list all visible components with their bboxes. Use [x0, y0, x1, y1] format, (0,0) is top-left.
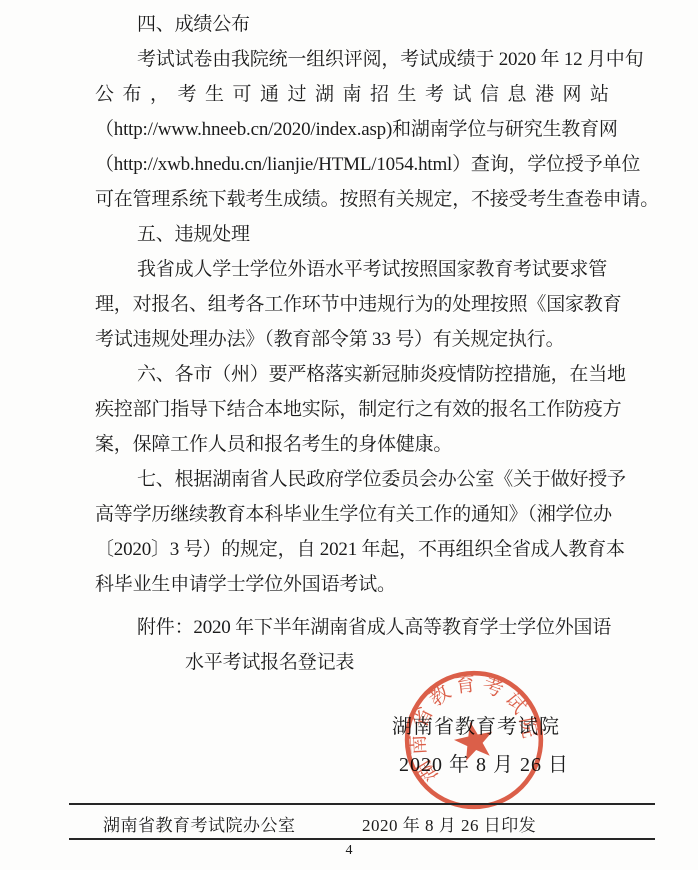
body-line: 我省成人学士学位外语水平考试按照国家教育考试要求管: [95, 252, 611, 287]
body-line: 案，保障工作人员和报名考生的身体健康。: [95, 427, 611, 462]
footer-divider-top: [69, 803, 655, 805]
body-line: 高等学历继续教育本科毕业生学位有关工作的通知》（湘学位办: [95, 497, 611, 532]
body-line: 疾控部门指导下结合本地实际，制定行之有效的报名工作防疫方: [95, 392, 611, 427]
heading-section-7: 七、根据湖南省人民政府学位委员会办公室《关于做好授予: [95, 462, 611, 497]
official-seal-stamp-icon: 湖南省教育考试院: [389, 655, 560, 826]
footer-divider-bottom: [69, 838, 655, 840]
attachment-title: 2020 年下半年湖南省成人高等教育学士学位外国语: [193, 617, 611, 638]
footer-issuing-office: 湖南省教育考试院办公室: [103, 811, 296, 836]
heading-section-4: 四、成绩公布: [95, 7, 611, 42]
body-line: 理，对报名、组考各工作环节中违规行为的处理按照《国家教育: [95, 287, 611, 322]
page-number: 4: [0, 843, 698, 859]
seal-ring: [395, 661, 554, 820]
heading-section-5: 五、违规处理: [95, 217, 611, 252]
attachment-block: 附件：2020 年下半年湖南省成人高等教育学士学位外国语 水平考试报名登记表: [95, 610, 611, 680]
attachment-label: 附件：: [137, 617, 193, 638]
document-body: 四、成绩公布 考试试卷由我院统一组织评阅，考试成绩于 2020 年 12 月中旬…: [95, 7, 611, 680]
body-line: 公布，考生可通过湖南招生考试信息港网站: [95, 77, 611, 112]
body-line-url-hneeb: （http://www.hneeb.cn/2020/index.asp)和湖南学…: [95, 112, 611, 147]
signature-date: 2020 年 8 月 26 日: [399, 748, 569, 777]
footer-print-date: 2020 年 8 月 26 日印发: [362, 811, 536, 836]
body-line: 考试违规处理办法》（教育部令第 33 号）有关规定执行。: [95, 322, 611, 357]
body-line: 可在管理系统下载考生成绩。按照有关规定，不接受考生查卷申请。: [95, 182, 611, 217]
body-line: 科毕业生申请学士学位外国语考试。: [95, 567, 611, 602]
attachment-line-2: 水平考试报名登记表: [95, 645, 611, 680]
signature-organization: 湖南省教育考试院: [392, 710, 560, 739]
document-page: 四、成绩公布 考试试卷由我院统一组织评阅，考试成绩于 2020 年 12 月中旬…: [0, 0, 698, 870]
body-line: 考试试卷由我院统一组织评阅，考试成绩于 2020 年 12 月中旬: [95, 42, 611, 77]
heading-section-6: 六、各市（州）要严格落实新冠肺炎疫情防控措施，在当地: [95, 357, 611, 392]
body-line-url-hnedu: （http://xwb.hnedu.cn/lianjie/HTML/1054.h…: [95, 147, 611, 182]
body-line: 〔2020〕3 号）的规定，自 2021 年起，不再组织全省成人教育本: [95, 532, 611, 567]
attachment-line-1: 附件：2020 年下半年湖南省成人高等教育学士学位外国语: [95, 610, 611, 645]
